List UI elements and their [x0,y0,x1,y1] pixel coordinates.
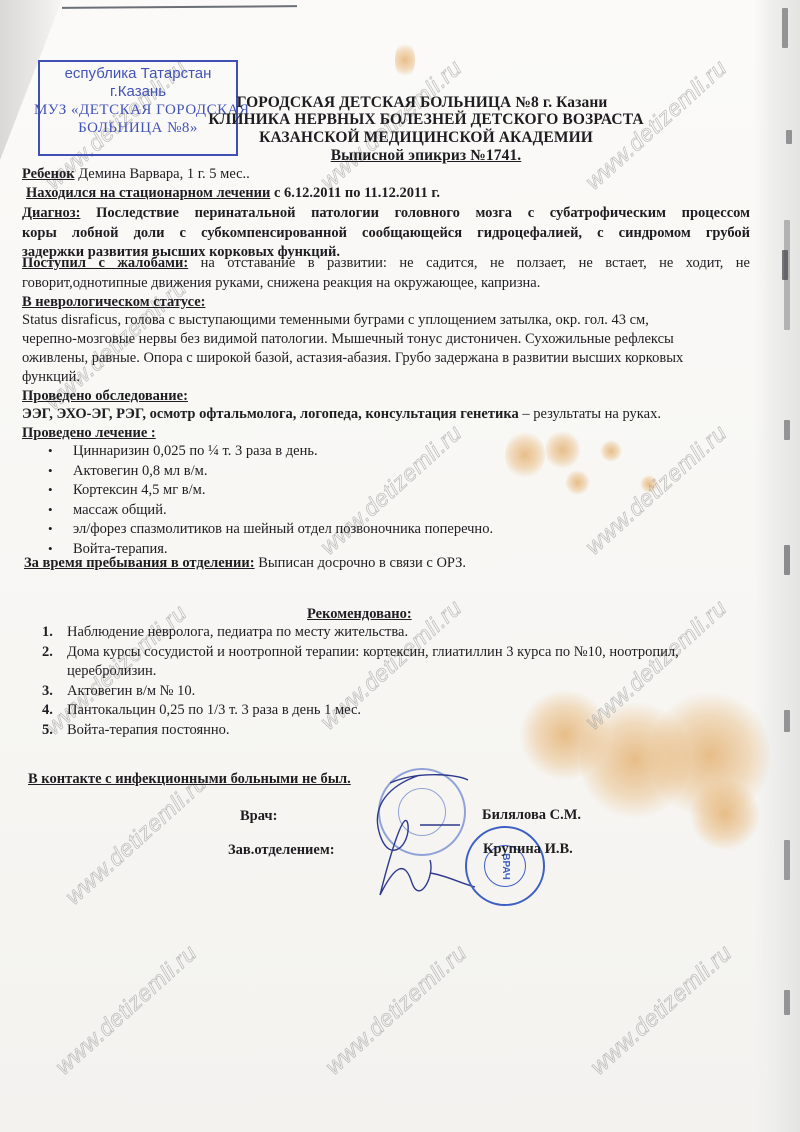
patient-label: Ребенок [22,166,75,182]
head-round-stamp: ВРАЧ [465,826,545,906]
watermark: www.detizemli.ru [60,769,212,910]
examination-label: Проведено обследование: [22,388,188,405]
signature [350,765,490,915]
neuro-status-line: функций. [22,369,80,386]
scan-artifact [782,250,788,280]
document-title: Выписной эпикриз №1741. [0,147,800,165]
item-text: Актовегин в/м № 10. [67,683,195,699]
complaints-line: говорит,однотипные движения руками, сниж… [22,275,540,292]
treatment-item: Актовегин 0,8 мл в/м. [48,461,493,481]
treatment-list: Циннаризин 0,025 по ¼ т. 3 раза в день. … [48,441,493,558]
scan-artifact [782,8,788,48]
recommendation-item: 1.Наблюдение невролога, педиатра по мест… [42,623,679,643]
item-text: Пантокальцин 0,25 по 1/3 т. 3 раза в ден… [67,702,361,718]
stay-label: Находился на стационарном лечении [26,185,270,201]
stain [565,470,590,495]
stay-outcome-value: Выписан досрочно в связи с ОРЗ. [255,555,466,571]
complaints-line: Поступил с жалобами: на отставание в раз… [22,255,750,272]
academy-name: КАЗАНСКОЙ МЕДИЦИНСКОЙ АКАДЕМИИ [0,129,800,147]
head-of-department-label: Зав.отделением: [228,842,335,859]
contact-note: В контакте с инфекционными больными не б… [28,771,351,788]
diagnosis-label: Диагноз: [22,205,80,221]
scan-artifact [784,840,790,880]
stay-outcome-label: За время пребывания в отделении: [24,555,255,571]
scanned-document-page: www.detizemli.ru www.detizemli.ru www.de… [0,0,800,1132]
stain [505,430,545,480]
treatment-label: Проведено лечение : [22,425,156,442]
patient-value: Демина Варвара, 1 г. 5 мес.. [75,166,250,182]
stay-outcome-line: За время пребывания в отделении: Выписан… [24,555,466,572]
complaints-text: на отставание в развитии: не садится, не… [188,255,750,271]
neuro-status-line: Status disraficus, голова с выступающими… [22,312,649,329]
recommendation-item: 3.Актовегин в/м № 10. [42,682,679,702]
scan-artifact [784,420,790,440]
scan-artifact [784,990,790,1015]
doctor-label: Врач: [240,808,277,825]
watermark: www.detizemli.ru [50,939,202,1080]
head-of-department-name: Крупина И.В. [483,841,573,858]
item-number: 1. [42,623,67,643]
complaints-label: Поступил с жалобами: [22,255,188,271]
examination-list: ЭЭГ, ЭХО-ЭГ, РЭГ, осмотр офтальмолога, л… [22,406,519,422]
recommendation-item: 2.Дома курсы сосудистой и ноотропной тер… [42,643,679,663]
diagnosis-text: Последствие перинатальной патологии голо… [80,205,750,221]
scan-artifact [784,545,790,575]
stay-value: с 6.12.2011 по 11.12.2011 г. [270,185,440,201]
watermark: www.detizemli.ru [585,939,737,1080]
patient-line: Ребенок Демина Варвара, 1 г. 5 мес.. [22,166,250,183]
neuro-status-line: оживлены, равные. Опора с широкой базой,… [22,350,683,367]
recommendation-item: 5.Войта-терапия постоянно. [42,721,679,741]
stamp-line: еспублика Татарстан [40,65,236,83]
clinic-name: КЛИНИКА НЕРВНЫХ БОЛЕЗНЕЙ ДЕТСКОГО ВОЗРАС… [0,111,800,129]
stain [395,40,415,80]
scan-edge-strip [754,0,800,1132]
examination-line: ЭЭГ, ЭХО-ЭГ, РЭГ, осмотр офтальмолога, л… [22,406,661,423]
examination-result: – результаты на руках. [519,406,661,422]
neuro-status-line: черепно-мозговые нервы без видимой патол… [22,331,674,348]
watermark: www.detizemli.ru [320,939,472,1080]
item-text: Наблюдение невролога, педиатра по месту … [67,624,408,640]
item-number: 3. [42,682,67,702]
diagnosis-line: Диагноз: Последствие перинатальной патол… [22,205,750,222]
stay-line: Находился на стационарном лечении с 6.12… [26,185,440,202]
item-number: 4. [42,701,67,721]
diagnosis-line: коры лобной доли с субкомпенсированной с… [22,225,750,242]
item-text: Дома курсы сосудистой и ноотропной терап… [67,644,679,660]
doctor-name: Билялова С.М. [482,807,581,824]
stain [690,780,760,850]
recommendations-title: Рекомендовано: [307,606,412,623]
item-number: 5. [42,721,67,741]
treatment-item: Циннаризин 0,025 по ¼ т. 3 раза в день. [48,441,493,461]
recommendation-item: 4.Пантокальцин 0,25 по 1/3 т. 3 раза в д… [42,701,679,721]
treatment-item: массаж общий. [48,500,493,520]
hospital-name: ГОРОДСКАЯ ДЕТСКАЯ БОЛЬНИЦА №8 г. Казани [0,94,800,112]
watermark: www.detizemli.ru [580,419,732,560]
treatment-item: эл/форез спазмолитиков на шейный отдел п… [48,519,493,539]
scan-artifact [784,710,790,732]
recommendation-item-continuation: церебролизин. [42,662,679,682]
stain [545,430,580,470]
neuro-status-label: В неврологическом статусе: [22,294,205,311]
item-number: 2. [42,643,67,663]
recommendations-list: 1.Наблюдение невролога, педиатра по мест… [42,623,679,740]
item-text: Войта-терапия постоянно. [67,722,230,738]
stain [600,440,622,462]
paper-edge-line [62,5,297,9]
treatment-item: Кортексин 4,5 мг в/м. [48,480,493,500]
